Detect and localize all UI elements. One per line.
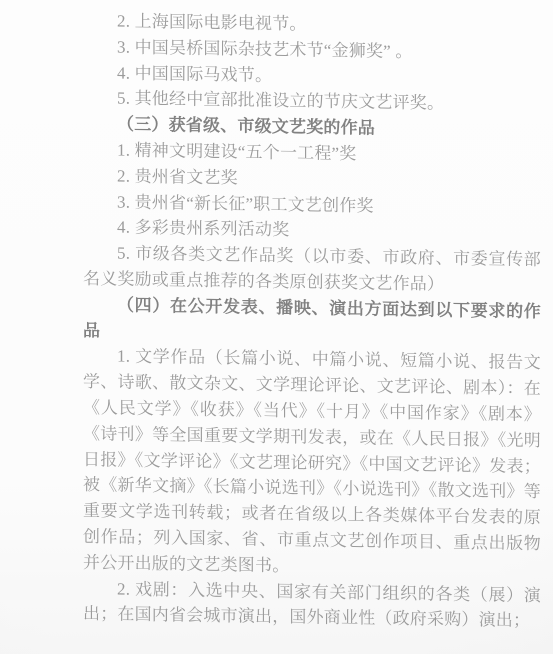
section-heading: （四）在公开发表、播映、演出方面达到以下要求的作品 (83, 292, 541, 351)
document-text-block: 2. 上海国际电影电视节。 3. 中国吴桥国际杂技艺术节“金狮奖” 。 4. 中… (83, 8, 541, 634)
document-page: 2. 上海国际电影电视节。 3. 中国吴桥国际杂技艺术节“金狮奖” 。 4. 中… (0, 0, 553, 654)
list-item: 5. 市级各类文艺作品奖（以市委、市政府、市委宣传部名义奖励或重点推荐的各类原创… (83, 240, 541, 299)
list-item: 1. 文学作品（长篇小说、中篇小说、短篇小说、报告文学、诗歌、散文杂文、文学理论… (83, 343, 541, 582)
list-item: 2. 戏剧：入选中央、国家有关部门组织的各类（展）演出；在国内省会城市演出，国外… (83, 576, 541, 635)
